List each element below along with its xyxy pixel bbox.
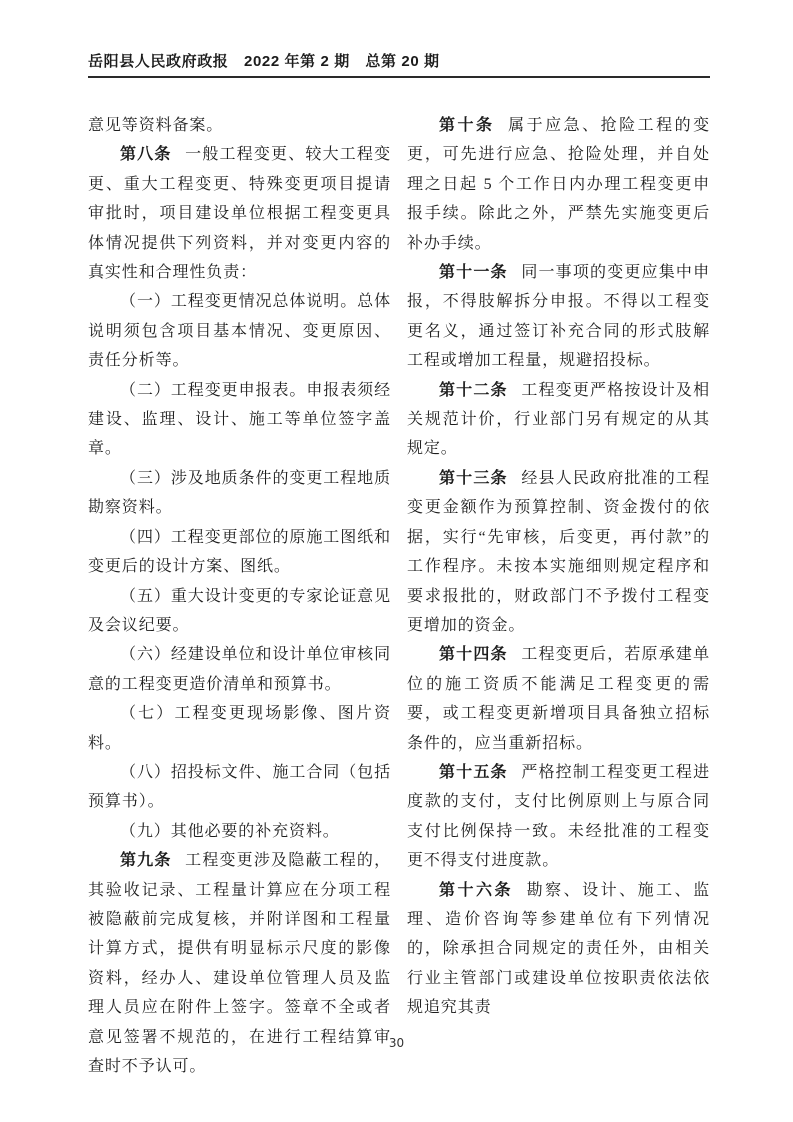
- paragraph: （五）重大设计变更的专家论证意见及会议纪要。: [88, 582, 391, 641]
- paragraph: 第八条一般工程变更、较大工程变更、重大工程变更、特殊变更项目提请审批时，项目建设…: [88, 140, 391, 287]
- paragraph: 第十一条同一事项的变更应集中申报，不得肢解拆分申报。不得以工程变更名义，通过签订…: [407, 258, 710, 376]
- paragraph: 第十条属于应急、抢险工程的变更，可先进行应急、抢险处理，并自处理之日起 5 个工…: [407, 111, 710, 258]
- paragraph: （三）涉及地质条件的变更工程地质勘察资料。: [88, 464, 391, 523]
- column-left: 意见等资料备案。第八条一般工程变更、较大工程变更、重大工程变更、特殊变更项目提请…: [88, 111, 391, 1081]
- paragraph: （一）工程变更情况总体说明。总体说明须包含项目基本情况、变更原因、责任分析等。: [88, 287, 391, 375]
- article-number: 第十二条: [439, 382, 508, 399]
- paragraph: （九）其他必要的补充资料。: [88, 817, 391, 846]
- article-number: 第十五条: [439, 764, 508, 781]
- document-body: 意见等资料备案。第八条一般工程变更、较大工程变更、重大工程变更、特殊变更项目提请…: [88, 111, 710, 1081]
- article-number: 第十四条: [439, 646, 508, 663]
- paragraph: 第十四条工程变更后，若原承建单位的施工资质不能满足工程变更的需要，或工程变更新增…: [407, 640, 710, 758]
- article-number: 第十一条: [439, 264, 508, 281]
- article-number: 第十条: [439, 117, 495, 134]
- paragraph: （七）工程变更现场影像、图片资料。: [88, 699, 391, 758]
- column-right: 第十条属于应急、抢险工程的变更，可先进行应急、抢险处理，并自处理之日起 5 个工…: [407, 111, 710, 1081]
- article-number: 第九条: [120, 852, 172, 869]
- paragraph: 第十三条经县人民政府批准的工程变更金额作为预算控制、资金拨付的依据，实行“先审核…: [407, 464, 710, 640]
- paragraph: （四）工程变更部位的原施工图纸和变更后的设计方案、图纸。: [88, 523, 391, 582]
- article-number: 第八条: [120, 146, 172, 163]
- page-header: 岳阳县人民政府政报 2022 年第 2 期 总第 20 期: [88, 50, 710, 78]
- article-number: 第十六条: [439, 882, 513, 899]
- paragraph: 第十五条严格控制工程变更工程进度款的支付，支付比例原则上与原合同支付比例保持一致…: [407, 758, 710, 876]
- page-number: 30: [389, 1036, 404, 1050]
- article-number: 第十三条: [439, 470, 508, 487]
- paragraph: 意见等资料备案。: [88, 111, 391, 140]
- paragraph: （二）工程变更申报表。申报表须经建设、监理、设计、施工等单位签字盖章。: [88, 376, 391, 464]
- page-footer: 30: [0, 1036, 793, 1050]
- paragraph: 第十六条勘察、设计、施工、监理、造价咨询等参建单位有下列情况的，除承担合同规定的…: [407, 876, 710, 1023]
- gazette-page: 岳阳县人民政府政报 2022 年第 2 期 总第 20 期 意见等资料备案。第八…: [0, 0, 793, 1122]
- header-title: 岳阳县人民政府政报 2022 年第 2 期 总第 20 期: [88, 53, 440, 70]
- paragraph: （六）经建设单位和设计单位审核同意的工程变更造价清单和预算书。: [88, 640, 391, 699]
- paragraph: （八）招投标文件、施工合同（包括预算书）。: [88, 758, 391, 817]
- paragraph: 第十二条工程变更严格按设计及相关规范计价，行业部门另有规定的从其规定。: [407, 376, 710, 464]
